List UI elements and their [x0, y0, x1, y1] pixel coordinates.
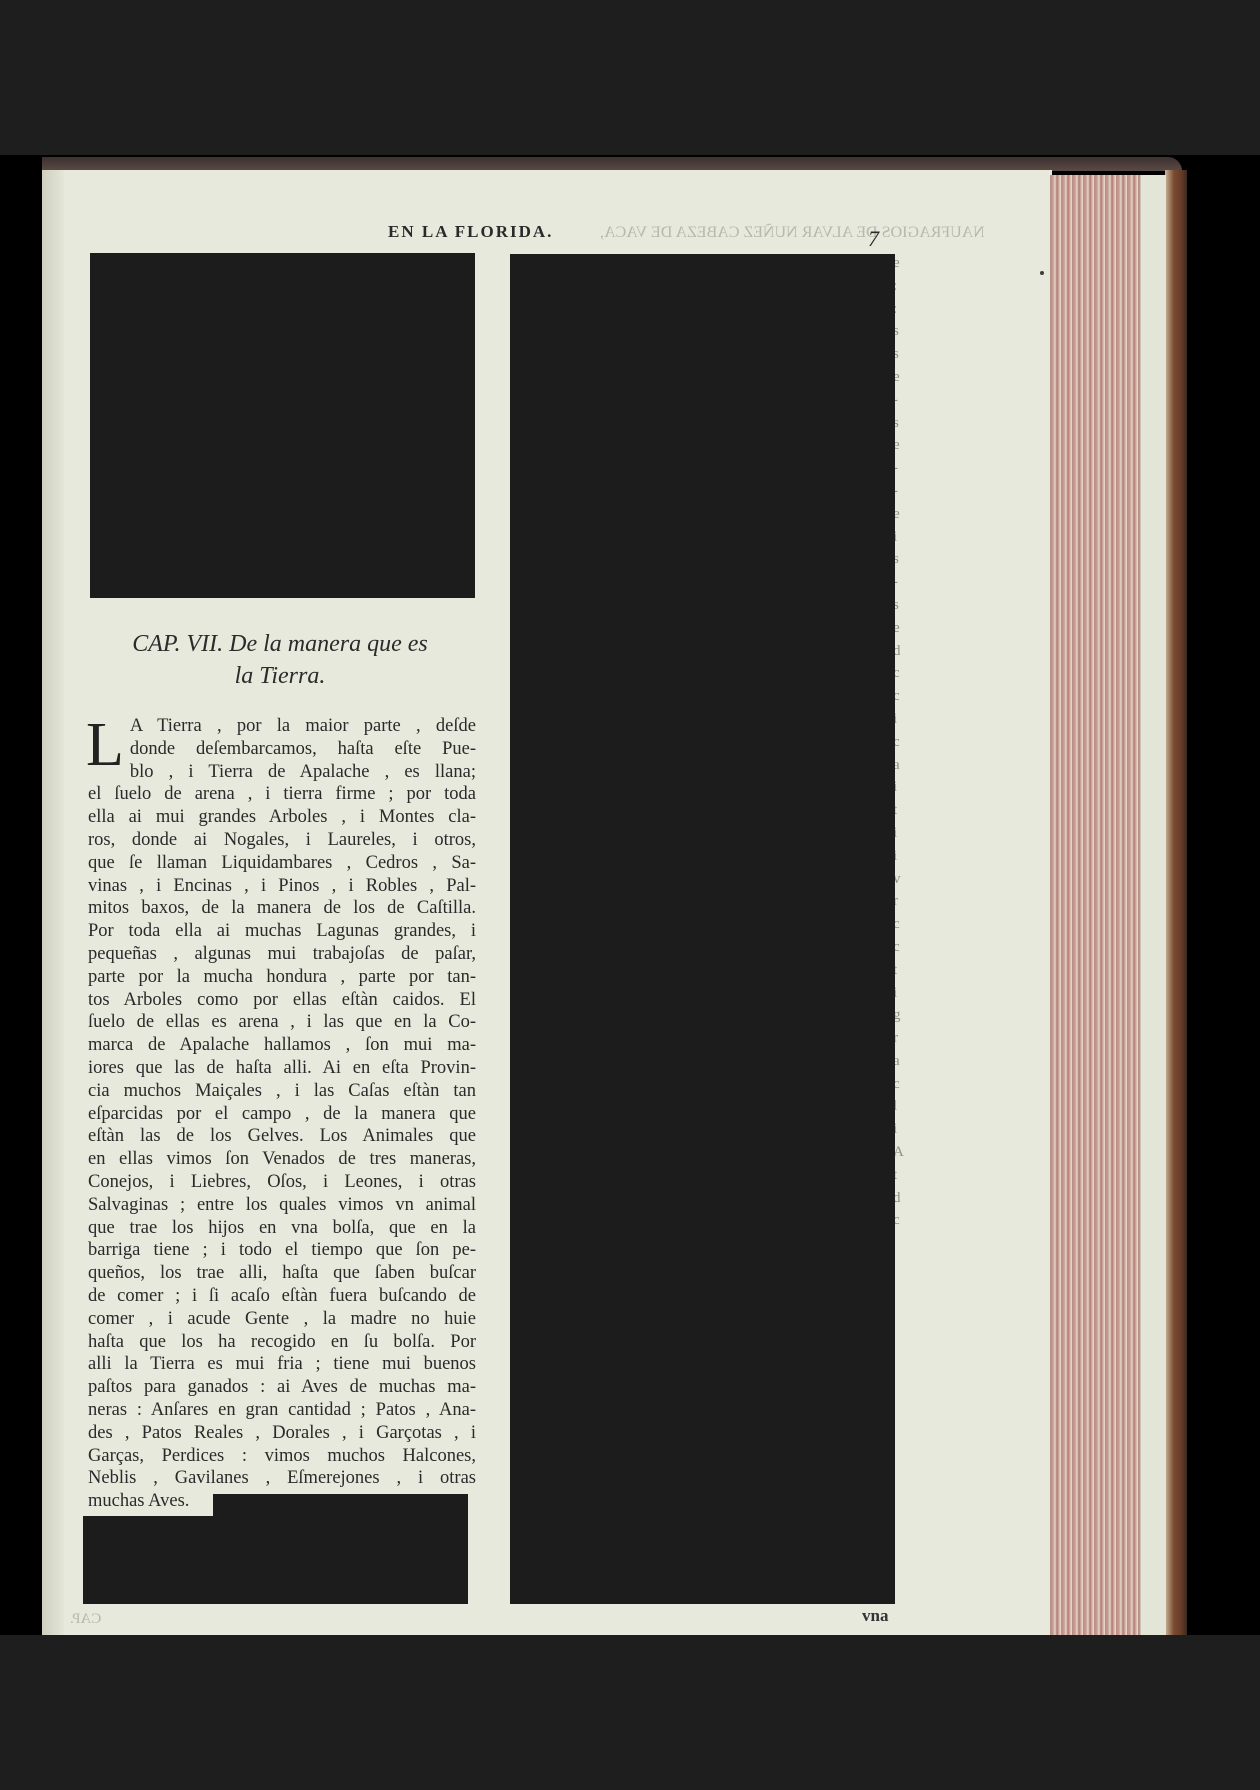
text-line: parte por la mucha hondura , parte por t… — [88, 966, 476, 989]
text-line: mitos baxos, de la manera de los de Caſt… — [88, 897, 476, 920]
text-line: el ſuelo de arena , i tierra firme ; por… — [88, 783, 476, 806]
edge-char: a — [893, 754, 907, 777]
text-line: neras : Anſares en gran cantidad ; Patos… — [88, 1399, 476, 1422]
edge-char: c — [893, 1209, 907, 1232]
text-line: ſuelo de ellas es arena , i las que en l… — [88, 1011, 476, 1034]
text-line: Salvaginas ; entre los quales vimos vn a… — [88, 1194, 476, 1217]
edge-char: i — [893, 822, 907, 845]
text-line: de comer ; i ſi acaſo eſtàn fuera buſcan… — [88, 1285, 476, 1308]
text-line: marca de Apalache hallamos , ſon mui ma- — [88, 1034, 476, 1057]
right-column-edge-text: e::sse-se--eis-sedccicaitiivrcctigracliA… — [893, 252, 907, 1592]
edge-char: r — [893, 1027, 907, 1050]
text-line: haſta que los ha recogido en ſu bolſa. P… — [88, 1331, 476, 1354]
edge-char: t — [893, 1164, 907, 1187]
edge-char: s — [893, 320, 907, 343]
page-edges-red — [1050, 175, 1140, 1635]
edge-char: c — [893, 1073, 907, 1096]
show-through-running-head: NAUFRAGIOS DE ALVAR NUÑEZ CABEZA DE VACA… — [600, 224, 985, 242]
text-line: ella ai mui grandes Arboles , i Montes c… — [88, 806, 476, 829]
edge-char: e — [893, 366, 907, 389]
text-line: iores que las de haſta alli. Ai en eſta … — [88, 1057, 476, 1080]
edge-char: i — [893, 526, 907, 549]
text-line: A Tierra , por la maior parte , deſde — [88, 715, 476, 738]
text-line: queños, los trae alli, haſta que ſaben b… — [88, 1262, 476, 1285]
edge-char: g — [893, 1004, 907, 1027]
chapter-heading: CAP. VII. De la manera que es la Tierra. — [80, 628, 480, 692]
page-gutter — [42, 170, 64, 1635]
page-number: 7 — [868, 226, 879, 252]
text-line: cia muchos Maiçales , i las Caſas eſtàn … — [88, 1080, 476, 1103]
text-line: blo , i Tierra de Apalache , es llana; — [88, 761, 476, 784]
text-line: Conejos, i Liebres, Oſos, i Leones, i ot… — [88, 1171, 476, 1194]
text-line: pequeñas , algunas mui trabajoſas de paſ… — [88, 943, 476, 966]
text-line: que ſe llaman Liquidambares , Cedros , S… — [88, 852, 476, 875]
ink-spot — [1040, 271, 1044, 275]
edge-char: c — [893, 913, 907, 936]
edge-char: A — [893, 1141, 907, 1164]
edge-char: l — [893, 1095, 907, 1118]
text-line: comer , i acude Gente , la madre no huie — [88, 1308, 476, 1331]
edge-char: d — [893, 640, 907, 663]
book-binding-top — [42, 157, 1182, 171]
catchword: vna — [862, 1606, 888, 1626]
redaction-box-right-column — [510, 254, 895, 1604]
running-head: EN LA FLORIDA. — [388, 222, 553, 242]
edge-char: : — [893, 275, 907, 298]
edge-char: i — [893, 982, 907, 1005]
edge-char: i — [893, 708, 907, 731]
redaction-box-bottom-left — [83, 1516, 468, 1604]
edge-char: c — [893, 685, 907, 708]
edge-char: s — [893, 548, 907, 571]
edge-char: - — [893, 457, 907, 480]
edge-char: e — [893, 617, 907, 640]
edge-char: t — [893, 799, 907, 822]
chapter-body-text: L A Tierra , por la maior parte , deſded… — [88, 715, 476, 1513]
text-line: Neblis , Gavilanes , Eſmerejones , i otr… — [88, 1467, 476, 1490]
show-through-catchword: CAP. — [70, 1611, 101, 1628]
edge-char: s — [893, 412, 907, 435]
redaction-box-top-left — [90, 253, 475, 598]
chapter-title-line-2: la Tierra. — [80, 660, 480, 692]
edge-char: - — [893, 389, 907, 412]
edge-char: c — [893, 662, 907, 685]
text-line: paſtos para ganados : ai Aves de muchas … — [88, 1376, 476, 1399]
edge-char: d — [893, 1187, 907, 1210]
edge-char: t — [893, 959, 907, 982]
edge-char: e — [893, 252, 907, 275]
edge-char: - — [893, 480, 907, 503]
page-edge-white — [1140, 175, 1166, 1635]
edge-char: v — [893, 868, 907, 891]
edge-char: c — [893, 731, 907, 754]
edge-char: i — [893, 845, 907, 868]
edge-char: a — [893, 1050, 907, 1073]
edge-char: i — [893, 1118, 907, 1141]
edge-char: r — [893, 890, 907, 913]
text-line: tos Arboles como por ellas eſtàn caidos.… — [88, 989, 476, 1012]
drop-cap: L — [86, 717, 124, 773]
edge-char: i — [893, 776, 907, 799]
text-line: barriga tiene ; i todo el tiempo que ſon… — [88, 1239, 476, 1262]
text-line: eſparcidas por el campo , de la manera q… — [88, 1103, 476, 1126]
edge-char: - — [893, 571, 907, 594]
text-line: vinas , i Encinas , i Pinos , i Robles ,… — [88, 875, 476, 898]
text-line: Garças, Perdices : vimos muchos Halcones… — [88, 1445, 476, 1468]
text-line: ros, donde ai Nogales, i Laureles, i otr… — [88, 829, 476, 852]
edge-char: e — [893, 434, 907, 457]
text-line: donde deſembarcamos, haſta eſte Pue- — [88, 738, 476, 761]
edge-char: s — [893, 594, 907, 617]
edge-char: c — [893, 936, 907, 959]
text-line: en ellas vimos ſon Venados de tres maner… — [88, 1148, 476, 1171]
edge-char: s — [893, 343, 907, 366]
text-line: eſtàn las de los Gelves. Los Animales qu… — [88, 1125, 476, 1148]
book-binding-right — [1165, 170, 1187, 1635]
text-line: que trae los hijos en vna bolſa, que en … — [88, 1217, 476, 1240]
edge-char: e — [893, 503, 907, 526]
chapter-title-line-1: CAP. VII. De la manera que es — [80, 628, 480, 660]
text-line: des , Patos Reales , Dorales , i Garçota… — [88, 1422, 476, 1445]
text-line: alli la Tierra es mui fria ; tiene mui b… — [88, 1353, 476, 1376]
edge-char: : — [893, 298, 907, 321]
text-line: muchas Aves. — [88, 1490, 476, 1513]
text-line: Por toda ella ai muchas Lagunas grandes,… — [88, 920, 476, 943]
